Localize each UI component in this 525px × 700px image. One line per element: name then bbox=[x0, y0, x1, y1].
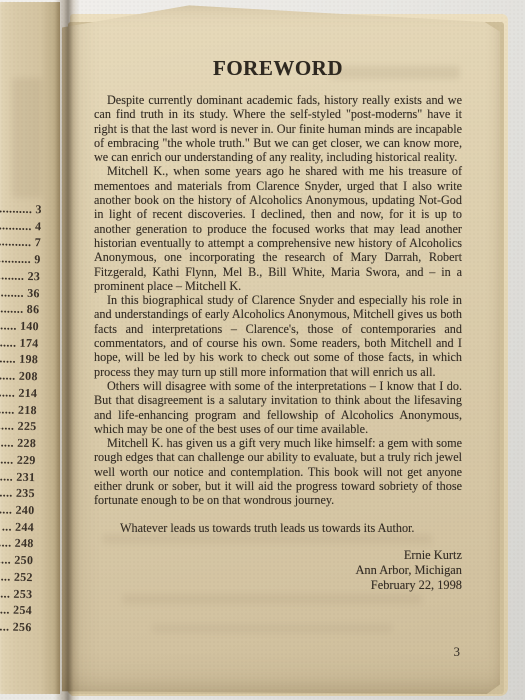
page-number: 3 bbox=[454, 644, 461, 660]
toc-entry: ............. 4 bbox=[0, 218, 42, 236]
open-book-photo: ............. 3 ............. 4 ........… bbox=[0, 0, 525, 700]
show-through-smudge bbox=[122, 594, 422, 604]
toc-entry: ........... 254 bbox=[0, 602, 32, 620]
foreword-page: FOREWORD Despite currently dominant acad… bbox=[62, 4, 500, 694]
toc-entry: ........... 256 bbox=[0, 619, 32, 637]
signature-block: Ernie Kurtz Ann Arbor, Michigan February… bbox=[94, 548, 462, 592]
show-through-smudge bbox=[152, 624, 392, 633]
foreword-paragraph: Despite currently dominant academic fads… bbox=[94, 93, 462, 164]
toc-entry: ............. 3 bbox=[0, 201, 42, 219]
toc-entry: ............. 7 bbox=[0, 234, 41, 252]
toc-entry: ............. 9 bbox=[0, 251, 41, 269]
toc-entry: ........... 229 bbox=[0, 452, 36, 470]
foreword-paragraph: In this biographical study of Clarence S… bbox=[94, 293, 462, 379]
signature-date: February 22, 1998 bbox=[94, 578, 462, 593]
toc-entry: ............ 23 bbox=[0, 268, 40, 286]
toc-entry: ........... 231 bbox=[0, 468, 35, 486]
toc-entry: ........... 248 bbox=[0, 535, 34, 553]
toc-entry: ........... 253 bbox=[0, 585, 33, 603]
foreword-paragraph: Mitchell K., when some years ago he shar… bbox=[94, 164, 462, 293]
signature-location: Ann Arbor, Michigan bbox=[94, 563, 462, 578]
foreword-paragraph: Mitchell K. has given us a gift very muc… bbox=[94, 436, 462, 507]
toc-entry: ........... 218 bbox=[0, 402, 37, 420]
signature-name: Ernie Kurtz bbox=[94, 548, 462, 563]
toc-entry: ........... 240 bbox=[0, 502, 35, 520]
toc-entry: ........... 225 bbox=[0, 418, 37, 436]
toc-entry: ........... 208 bbox=[0, 368, 38, 386]
toc-entry: ........... 174 bbox=[0, 335, 39, 353]
left-contents-page: ............. 3 ............. 4 ........… bbox=[0, 2, 60, 694]
toc-entry: ........... 198 bbox=[0, 351, 38, 369]
toc-page-number-list: ............. 3 ............. 4 ........… bbox=[0, 201, 42, 637]
toc-entry: ............ 86 bbox=[0, 301, 40, 319]
foreword-heading: FOREWORD bbox=[94, 56, 462, 81]
toc-entry: ............ 36 bbox=[0, 285, 40, 303]
foreword-paragraph: Others will disagree with some of the in… bbox=[94, 379, 462, 436]
show-through-smudge bbox=[12, 78, 42, 198]
toc-entry: ........... 252 bbox=[0, 569, 33, 587]
foreword-text-block: FOREWORD Despite currently dominant acad… bbox=[94, 56, 462, 592]
toc-entry: ON ... 244 bbox=[0, 519, 34, 537]
toc-entry: N. ...... 250 bbox=[0, 552, 33, 570]
toc-entry: ........... 228 bbox=[0, 435, 36, 453]
toc-entry: ........... 140 bbox=[0, 318, 39, 336]
toc-entry: ........... 235 bbox=[0, 485, 35, 503]
closing-line: Whatever leads us towards truth leads us… bbox=[94, 521, 462, 535]
toc-entry: ........... 214 bbox=[0, 385, 37, 403]
